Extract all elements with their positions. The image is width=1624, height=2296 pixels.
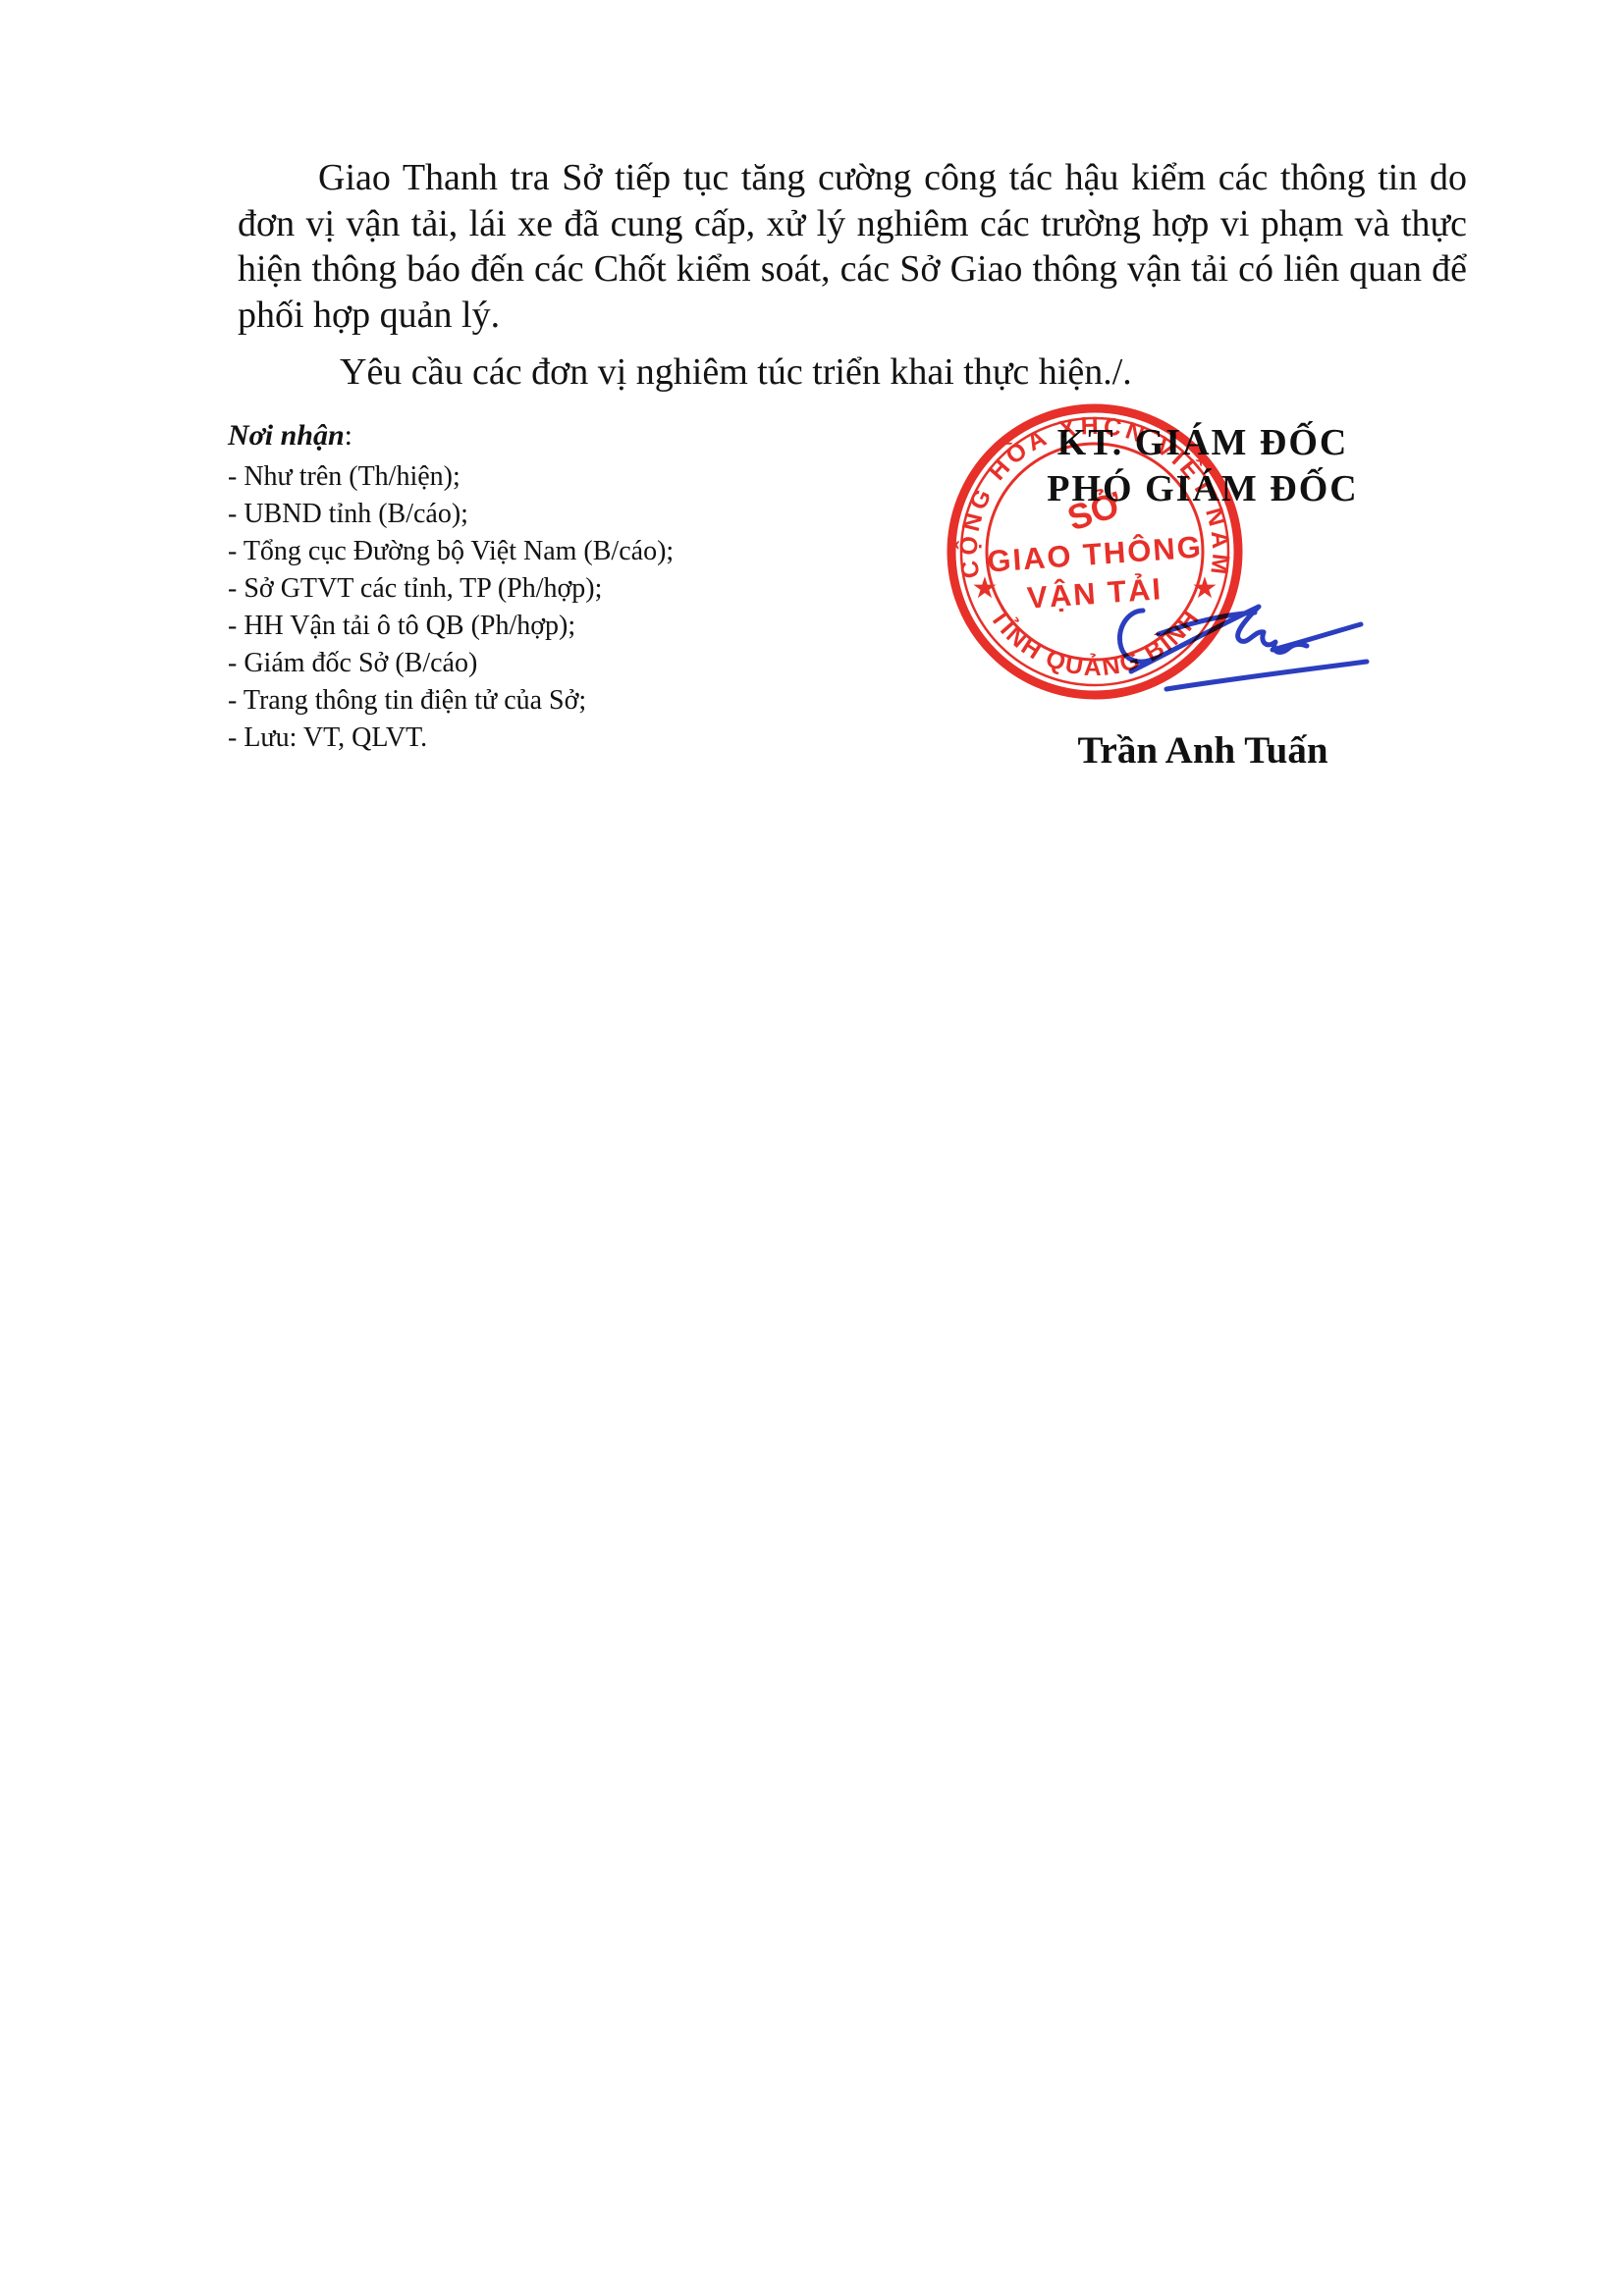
seal-center-line2: GIAO THÔNG (986, 528, 1204, 578)
signature-stroke-loop (1119, 611, 1157, 662)
body-paragraph-2: Yêu cầu các đơn vị nghiêm túc triển khai… (238, 349, 1467, 396)
seal-center-line1: SỞ (1062, 483, 1126, 539)
recipient-item: - Lưu: VT, QLVT. (228, 720, 674, 757)
handwritten-signature (1098, 587, 1382, 700)
recipients-heading: Nơi nhận: (228, 419, 674, 453)
recipient-item: - Sở GTVT các tỉnh, TP (Ph/hợp); (228, 570, 674, 608)
document-page: Giao Thanh tra Sở tiếp tục tăng cường cô… (0, 0, 1624, 2296)
signature-stroke-underline (1166, 662, 1367, 689)
recipients-colon: : (345, 419, 352, 452)
recipients-label: Nơi nhận (228, 419, 345, 452)
body-paragraph-1: Giao Thanh tra Sở tiếp tục tăng cường cô… (238, 155, 1467, 338)
recipient-item: - Như trên (Th/hiện); (228, 458, 674, 496)
recipient-item: - Tổng cục Đường bộ Việt Nam (B/cáo); (228, 533, 674, 570)
recipients-block: Nơi nhận: - Như trên (Th/hiện); - UBND t… (228, 419, 674, 757)
recipient-item: - Giám đốc Sở (B/cáo) (228, 645, 674, 682)
signature-stroke-tail (1272, 624, 1361, 650)
recipient-item: - UBND tỉnh (B/cáo); (228, 496, 674, 533)
signer-name: Trần Anh Tuấn (982, 728, 1424, 773)
recipient-item: - HH Vận tải ô tô QB (Ph/hợp); (228, 608, 674, 645)
recipient-item: - Trang thông tin điện tử của Sở; (228, 682, 674, 720)
